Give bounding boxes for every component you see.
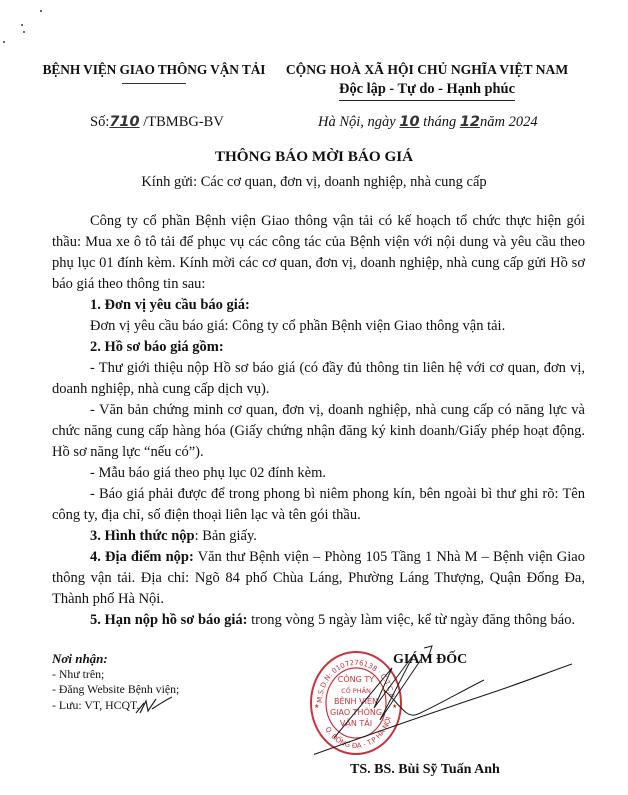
recipients-heading: Nơi nhận:	[52, 651, 179, 667]
country-name: CỘNG HOÀ XÃ HỘI CHỦ NGHĨA VIỆT NAM	[282, 62, 572, 78]
section-5: 5. Hạn nộp hồ sơ báo giá: trong vòng 5 n…	[52, 610, 585, 631]
date-prefix: Hà Nội, ngày	[318, 114, 399, 130]
section-1-heading: 1. Đơn vị yêu cầu báo giá:	[52, 295, 585, 316]
document-body: Công ty cổ phần Bệnh viện Giao thông vận…	[52, 211, 585, 631]
section-2-item: - Văn bản chứng minh cơ quan, đơn vị, do…	[52, 400, 585, 463]
section-3-text: : Bản giấy.	[195, 528, 257, 544]
year-label: năm 2024	[480, 114, 538, 130]
number-label: Số:	[90, 114, 109, 130]
initials-mark-icon	[134, 695, 174, 717]
organization-name: BỆNH VIỆN GIAO THÔNG VẬN TẢI	[38, 62, 270, 78]
section-4-heading: 4. Địa điểm nộp:	[90, 549, 194, 565]
signer-title: GIÁM ĐỐC	[393, 652, 467, 668]
section-2-item: - Thư giới thiệu nộp Hồ sơ báo giá (có đ…	[52, 358, 585, 400]
handwritten-number: 710	[109, 114, 139, 130]
document-title: THÔNG BÁO MỜI BÁO GIÁ	[0, 148, 628, 166]
section-2-item: - Mẫu báo giá theo phụ lục 02 đính kèm.	[52, 463, 585, 484]
document-number: Số:710 /TBMBG-BV	[90, 114, 224, 131]
header-divider	[122, 83, 186, 84]
section-4: 4. Địa điểm nộp: Văn thư Bệnh viện – Phò…	[52, 547, 585, 610]
recipient-item: - Như trên;	[52, 667, 179, 683]
section-2-item: - Báo giá phải được để trong phong bì ni…	[52, 484, 585, 526]
document-date: Hà Nội, ngày 10 tháng 12năm 2024	[318, 114, 538, 131]
month-label: tháng	[420, 114, 460, 130]
handwritten-day: 10	[399, 114, 419, 130]
section-5-text: trong vòng 5 ngày làm việc, kể từ ngày đ…	[248, 612, 576, 628]
intro-paragraph: Công ty cổ phần Bệnh viện Giao thông vận…	[52, 211, 585, 295]
signer-name: TS. BS. Bùi Sỹ Tuấn Anh	[350, 762, 500, 778]
section-2-heading: 2. Hồ sơ báo giá gồm:	[52, 337, 585, 358]
section-5-heading: 5. Hạn nộp hồ sơ báo giá:	[90, 612, 248, 628]
section-3-heading: 3. Hình thức nộp	[90, 528, 195, 544]
national-motto: Độc lập - Tự do - Hạnh phúc	[339, 81, 515, 101]
number-suffix: /TBMBG-BV	[140, 114, 224, 130]
section-1-text: Đơn vị yêu cầu báo giá: Công ty cổ phần …	[52, 316, 585, 337]
section-3: 3. Hình thức nộp: Bản giấy.	[52, 526, 585, 547]
greeting: Kính gửi: Các cơ quan, đơn vị, doanh ngh…	[0, 174, 628, 191]
issuing-organization: BỆNH VIỆN GIAO THÔNG VẬN TẢI	[38, 62, 270, 84]
handwritten-month: 12	[460, 114, 480, 130]
national-header: CỘNG HOÀ XÃ HỘI CHỦ NGHĨA VIỆT NAM Độc l…	[282, 62, 572, 101]
